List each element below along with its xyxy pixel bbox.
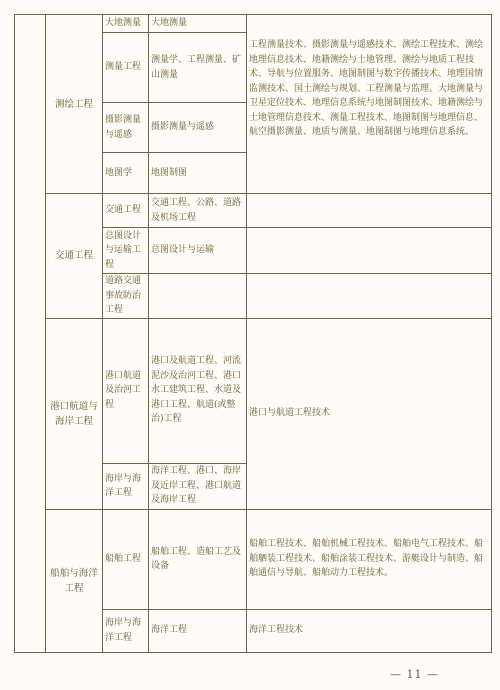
undergrad-major-cell: 港口及航道工程、河流泥沙及治河工程、港口水工建筑工程、水道及港口工程、航道(或整… bbox=[149, 318, 247, 463]
subcategory-cell: 总图设计与运输工程 bbox=[103, 228, 149, 274]
table-row: 港口航道与海岸工程 港口航道及治河工程 港口及航道工程、河流泥沙及治河工程、港口… bbox=[15, 318, 492, 463]
subcategory-cell: 船舶工程 bbox=[103, 509, 149, 609]
category-cell: 交通工程 bbox=[46, 194, 103, 319]
subcategory-cell: 大地测量 bbox=[103, 15, 149, 33]
vocational-major-cell bbox=[247, 228, 492, 274]
undergrad-major-cell: 海洋工程、港口、海岸及近岸工程、港口航道及海岸工程 bbox=[149, 463, 247, 509]
subcategory-cell: 道路交通事故防治工程 bbox=[103, 274, 149, 319]
vocational-major-cell: 港口与航道工程技术 bbox=[247, 318, 492, 509]
table-row: 测绘工程 大地测量 大地测量 工程测量技术、摄影测量与遥感技术、测绘工程技术、测… bbox=[15, 15, 492, 33]
vocational-major-cell: 船舶工程技术、船舶机械工程技术、船舶电气工程技术、船舶舾装工程技术、船舶涂装工程… bbox=[247, 509, 492, 609]
subcategory-cell: 海岸与海洋工程 bbox=[103, 463, 149, 509]
category-cell: 测绘工程 bbox=[46, 15, 103, 194]
subcategory-cell: 港口航道及治河工程 bbox=[103, 318, 149, 463]
subcategory-cell: 摄影测量与遥感 bbox=[103, 103, 149, 153]
category-cell: 港口航道与海岸工程 bbox=[46, 318, 103, 509]
subcategory-cell: 海岸与海洋工程 bbox=[103, 609, 149, 652]
vocational-major-cell: 海洋工程技术 bbox=[247, 609, 492, 652]
vocational-major-cell bbox=[247, 194, 492, 228]
undergrad-major-cell: 地图制图 bbox=[149, 153, 247, 194]
table-row: 交通工程 交通工程 交通工程、公路、道路及机场工程 bbox=[15, 194, 492, 228]
page-number: — 11 — bbox=[390, 668, 439, 681]
undergrad-major-cell bbox=[149, 274, 247, 319]
undergrad-major-cell: 交通工程、公路、道路及机场工程 bbox=[149, 194, 247, 228]
vocational-major-cell: 工程测量技术、摄影测量与遥感技术、测绘工程技术、测绘地理信息技术、地籍测绘与土地… bbox=[247, 15, 492, 194]
table-row: 船舶与海洋工程 船舶工程 船舶工程、造船工艺及设备 船舶工程技术、船舶机械工程技… bbox=[15, 509, 492, 609]
vocational-major-cell bbox=[247, 274, 492, 319]
undergrad-major-cell: 海洋工程 bbox=[149, 609, 247, 652]
undergrad-major-cell: 大地测量 bbox=[149, 15, 247, 33]
undergrad-major-cell: 摄影测量与遥感 bbox=[149, 103, 247, 153]
blank-index-column bbox=[15, 15, 46, 653]
professional-catalog-table: 测绘工程 大地测量 大地测量 工程测量技术、摄影测量与遥感技术、测绘工程技术、测… bbox=[14, 14, 492, 653]
category-cell: 船舶与海洋工程 bbox=[46, 509, 103, 652]
undergrad-major-cell: 船舶工程、造船工艺及设备 bbox=[149, 509, 247, 609]
undergrad-major-cell: 测量学、工程测量、矿山测量 bbox=[149, 33, 247, 103]
subcategory-cell: 测量工程 bbox=[103, 33, 149, 103]
subcategory-cell: 交通工程 bbox=[103, 194, 149, 228]
subcategory-cell: 地图学 bbox=[103, 153, 149, 194]
undergrad-major-cell: 总图设计与运输 bbox=[149, 228, 247, 274]
